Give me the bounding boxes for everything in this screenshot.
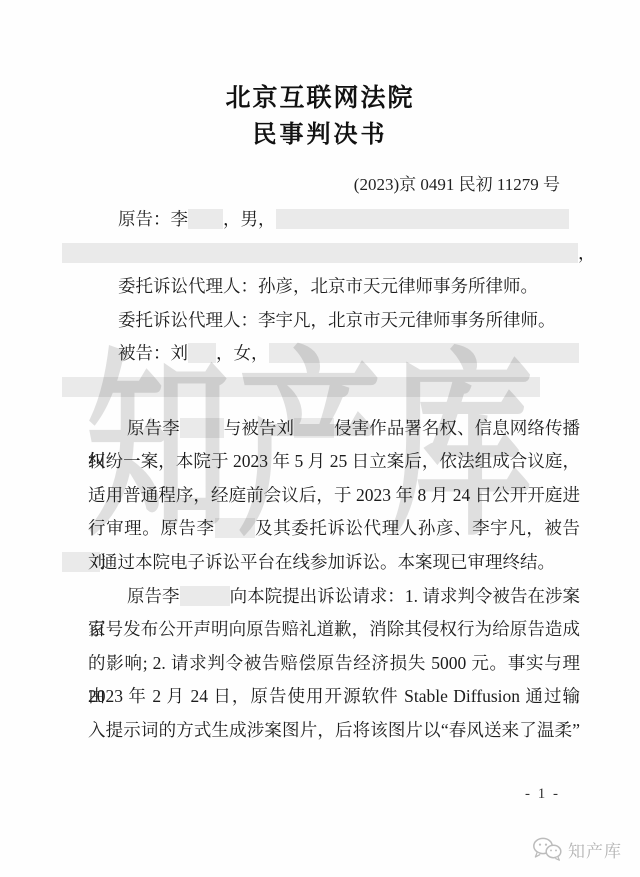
text-segment: 入提示词的方式生成涉案图片，后将该图片以“春风送来了温柔” [88,720,580,740]
document-type-title: 民事判决书 [0,114,640,149]
claims-paragraph-line-3: 的影响; 2. 请求判令被告赔偿原告经济损失 5000 元。事实与理由: [88,647,580,681]
procedure-paragraph-line-1: 原告李与被告刘侵害作品署名权、信息网络传播权 [88,412,580,446]
defendant-redacted-address-line [88,371,580,405]
page-number: - 1 - [525,786,560,803]
text-segment: 通过本院电子诉讼平台在线参加诉讼。本案现已审理终结。 [100,552,555,572]
wechat-bubbles-icon [531,836,563,862]
procedure-paragraph-line-4: 行审理。原告李及其委托诉讼代理人孙彦、李宇凡，被告刘 [88,512,580,546]
court-name-title: 北京互联网法院 [0,78,640,114]
case-number: (2023)京 0491 民初 11279 号 [0,170,560,195]
footer-brand-label: 知产库 [568,837,622,862]
text-segment: 原告：李 [118,209,188,229]
redaction-bar [180,586,230,606]
redaction-bar [269,343,579,363]
redaction-bar [188,209,223,229]
footer-brand: 知产库 [531,836,622,862]
text-segment: 家号发布公开声明向原告赔礼道歉，消除其侵权行为给原告造成 [88,619,580,639]
text-segment: 委托诉讼代理人：李宇凡，北京市天元律师事务所律师。 [118,310,556,330]
text-segment: 被告：刘 [118,343,188,363]
text-segment: ，女， [216,343,269,363]
redaction-bar [276,209,569,229]
text-segment: 委托诉讼代理人：孙彦，北京市天元律师事务所律师。 [118,276,538,296]
text-segment: ，男， [223,209,276,229]
document-body: 原告：李，男，，委托诉讼代理人：孙彦，北京市天元律师事务所律师。委托诉讼代理人：… [88,203,580,748]
text-segment: 原告李 [127,586,180,606]
text-segment: 原告李 [127,418,180,438]
text-segment: 行审理。原告李 [88,518,215,538]
redaction-bar [62,552,100,572]
text-segment: 纠纷一案，本院于 2023 年 5 月 25 日立案后，依法组成合议庭， [88,451,580,471]
claims-paragraph-line-5: 入提示词的方式生成涉案图片，后将该图片以“春风送来了温柔” [88,714,580,748]
plaintiff-agent-line-2: 委托诉讼代理人：李宇凡，北京市天元律师事务所律师。 [88,304,580,338]
procedure-paragraph-line-2: 纠纷一案，本院于 2023 年 5 月 25 日立案后，依法组成合议庭， [88,445,580,479]
plaintiff-redacted-address-line: ， [88,237,580,271]
text-segment: 适用普通程序，经庭前会议后，于 2023 年 8 月 24 日公开开庭进 [88,485,580,505]
redaction-bar [180,418,224,438]
claims-paragraph-line-4: 2023 年 2 月 24 日，原告使用开源软件 Stable Diffusio… [88,680,580,714]
redaction-bar [62,377,540,397]
judgment-document-page: 北京互联网法院 民事判决书 (2023)京 0491 民初 11279 号 知产… [0,0,640,877]
text-segment: ， [578,243,596,263]
procedure-paragraph-line-5: 通过本院电子诉讼平台在线参加诉讼。本案现已审理终结。 [88,546,580,580]
redaction-bar [294,418,334,438]
defendant-line: 被告：刘，女， [88,337,580,371]
redaction-bar [188,343,216,363]
plaintiff-agent-line-1: 委托诉讼代理人：孙彦，北京市天元律师事务所律师。 [88,270,580,304]
claims-paragraph-line-2: 家号发布公开声明向原告赔礼道歉，消除其侵权行为给原告造成 [88,613,580,647]
text-segment: 与被告刘 [224,418,294,438]
plaintiff-line: 原告：李，男， [88,203,580,237]
text-segment: 2023 年 2 月 24 日，原告使用开源软件 Stable Diffusio… [88,686,580,706]
redaction-bar [215,518,255,538]
procedure-paragraph-line-3: 适用普通程序，经庭前会议后，于 2023 年 8 月 24 日公开开庭进 [88,479,580,513]
redaction-bar [62,243,578,263]
claims-paragraph-line-1: 原告李向本院提出诉讼请求：1. 请求判令被告在涉案百 [88,580,580,614]
